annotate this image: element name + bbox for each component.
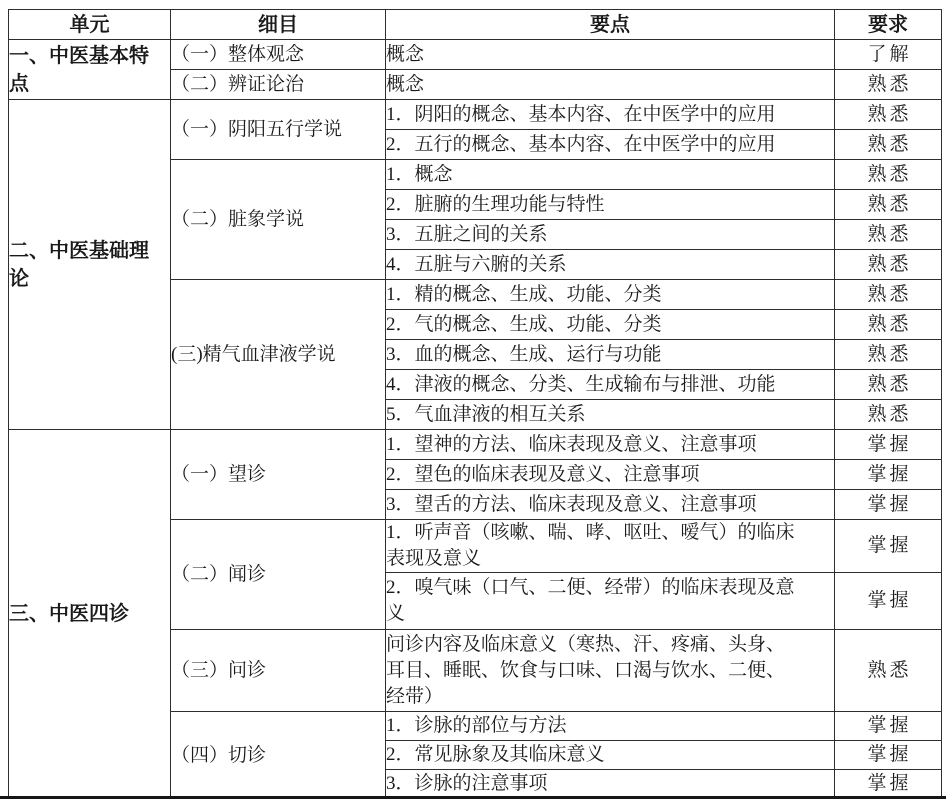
point-cell: 1．阴阳的概念、基本内容、在中医学中的应用 <box>386 100 835 130</box>
page-bottom-rule <box>0 796 946 799</box>
point-cell: 2．气的概念、生成、功能、分类 <box>386 310 835 340</box>
col-header-unit: 单元 <box>9 10 171 40</box>
requirement-cell: 掌握 <box>835 741 942 770</box>
requirement-cell: 掌握 <box>835 430 942 460</box>
subitem-cell: （二）闻诊 <box>171 520 386 630</box>
requirement-cell: 掌握 <box>835 490 942 520</box>
table-row: 三、中医四诊 （一）望诊 1．望神的方法、临床表现及意义、注意事项 掌握 <box>9 430 942 460</box>
unit-cell: 一、中医基本特 点 <box>9 40 171 100</box>
col-header-requirement: 要求 <box>835 10 942 40</box>
unit-cell: 三、中医四诊 <box>9 430 171 799</box>
point-cell: 3．望舌的方法、临床表现及意义、注意事项 <box>386 490 835 520</box>
subitem-cell: （二）辨证论治 <box>171 70 386 100</box>
point-cell: 问诊内容及临床意义（寒热、汗、疼痛、头身、 耳目、睡眠、饮食与口味、口渴与饮水、… <box>386 630 835 712</box>
syllabus-table-wrap: 单元 细目 要点 要求 一、中医基本特 点 （一）整体观念 概念 了解 （二）辨… <box>8 9 941 799</box>
requirement-cell: 熟悉 <box>835 280 942 310</box>
requirement-cell: 熟悉 <box>835 310 942 340</box>
col-header-subitem: 细目 <box>171 10 386 40</box>
syllabus-table: 单元 细目 要点 要求 一、中医基本特 点 （一）整体观念 概念 了解 （二）辨… <box>8 9 942 799</box>
subitem-cell: （二）脏象学说 <box>171 160 386 280</box>
requirement-cell: 熟悉 <box>835 370 942 400</box>
table-row: 一、中医基本特 点 （一）整体观念 概念 了解 <box>9 40 942 70</box>
point-cell: 1．听声音（咳嗽、喘、哮、呕吐、嗳气）的临床 表现及意义 <box>386 520 835 573</box>
subitem-cell: （四）切诊 <box>171 712 386 799</box>
header-row: 单元 细目 要点 要求 <box>9 10 942 40</box>
point-cell: 2．脏腑的生理功能与特性 <box>386 190 835 220</box>
point-cell: 2．嗅气味（口气、二便、经带）的临床表现及意 义 <box>386 573 835 630</box>
requirement-cell: 熟悉 <box>835 340 942 370</box>
point-cell: 概念 <box>386 40 835 70</box>
requirement-cell: 熟悉 <box>835 250 942 280</box>
point-cell: 2．望色的临床表现及意义、注意事项 <box>386 460 835 490</box>
requirement-cell: 熟悉 <box>835 70 942 100</box>
point-cell: 5．气血津液的相互关系 <box>386 400 835 430</box>
point-cell: 3．血的概念、生成、运行与功能 <box>386 340 835 370</box>
point-cell: 1．诊脉的部位与方法 <box>386 712 835 741</box>
requirement-cell: 熟悉 <box>835 190 942 220</box>
point-cell: 1．精的概念、生成、功能、分类 <box>386 280 835 310</box>
point-cell: 概念 <box>386 70 835 100</box>
point-cell: 4．五脏与六腑的关系 <box>386 250 835 280</box>
subitem-cell: (三)精气血津液学说 <box>171 280 386 430</box>
requirement-cell: 了解 <box>835 40 942 70</box>
col-header-points: 要点 <box>386 10 835 40</box>
table-row: 二、中医基础理 论 （一）阴阳五行学说 1．阴阳的概念、基本内容、在中医学中的应… <box>9 100 942 130</box>
point-cell: 1．望神的方法、临床表现及意义、注意事项 <box>386 430 835 460</box>
subitem-cell: （三）问诊 <box>171 630 386 712</box>
subitem-cell: （一）整体观念 <box>171 40 386 70</box>
point-cell: 1．概念 <box>386 160 835 190</box>
subitem-cell: （一）阴阳五行学说 <box>171 100 386 160</box>
requirement-cell: 熟悉 <box>835 220 942 250</box>
point-cell: 3．五脏之间的关系 <box>386 220 835 250</box>
requirement-cell: 掌握 <box>835 770 942 799</box>
requirement-cell: 熟悉 <box>835 630 942 712</box>
point-cell: 3．诊脉的注意事项 <box>386 770 835 799</box>
point-cell: 4．津液的概念、分类、生成输布与排泄、功能 <box>386 370 835 400</box>
point-cell: 2．五行的概念、基本内容、在中医学中的应用 <box>386 130 835 160</box>
requirement-cell: 熟悉 <box>835 100 942 130</box>
document-page: 单元 细目 要点 要求 一、中医基本特 点 （一）整体观念 概念 了解 （二）辨… <box>0 0 946 804</box>
requirement-cell: 掌握 <box>835 573 942 630</box>
requirement-cell: 掌握 <box>835 460 942 490</box>
requirement-cell: 熟悉 <box>835 160 942 190</box>
requirement-cell: 熟悉 <box>835 400 942 430</box>
requirement-cell: 掌握 <box>835 520 942 573</box>
point-cell: 2．常见脉象及其临床意义 <box>386 741 835 770</box>
unit-cell: 二、中医基础理 论 <box>9 100 171 430</box>
requirement-cell: 熟悉 <box>835 130 942 160</box>
requirement-cell: 掌握 <box>835 712 942 741</box>
subitem-cell: （一）望诊 <box>171 430 386 520</box>
